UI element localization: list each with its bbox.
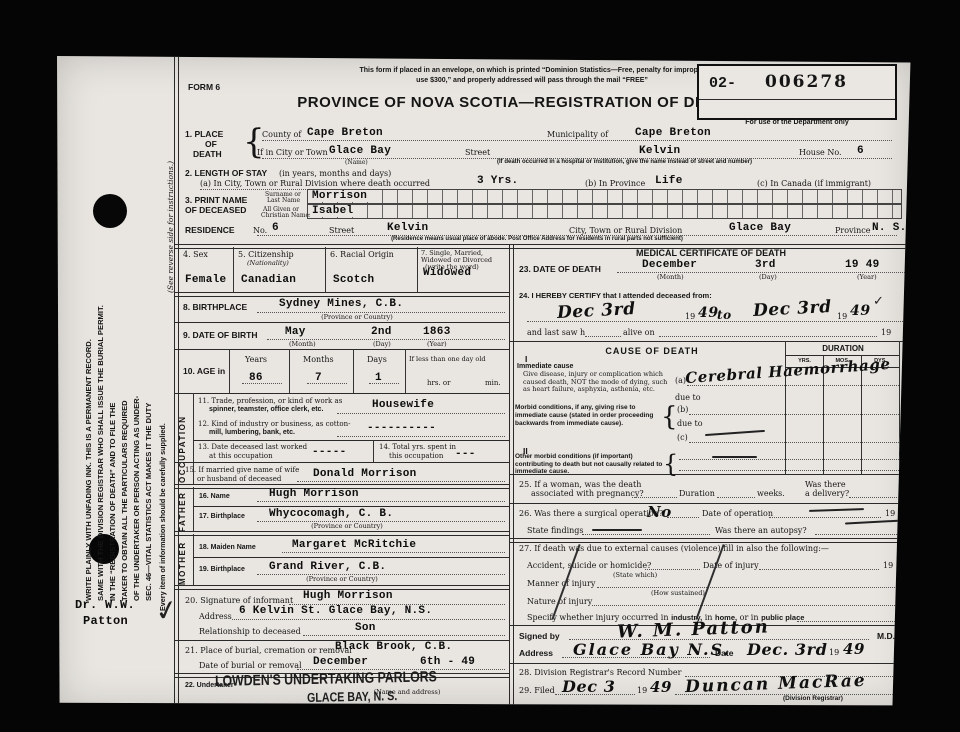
s26-autopsy-label: Was there an autopsy? <box>715 526 807 535</box>
rule <box>174 322 509 323</box>
s12-label-2: mill, lumbering, bank, etc. <box>209 429 295 436</box>
signed-date-label: Date <box>715 648 733 658</box>
medical-certificate-title: MEDICAL CERTIFICATE OF DEATH <box>513 248 909 258</box>
residence-label: RESIDENCE <box>185 225 235 235</box>
s2-b-value: Life <box>655 175 683 187</box>
dotted-line <box>242 382 282 384</box>
rule <box>509 341 913 342</box>
morbid-brace: { <box>661 402 678 432</box>
s24-checkmark: ✓ <box>873 294 884 309</box>
house-no-label: House No. <box>799 148 842 157</box>
cell-divider <box>325 247 326 293</box>
s26-label: 26. Was there a surgical operation? <box>519 509 663 518</box>
duration-header: DURATION <box>787 344 899 353</box>
attended-to-date-handwritten: Dec 3rd <box>753 297 833 321</box>
margin-doctor-name-line1: Dr. W.W. <box>75 598 135 612</box>
s28-label: 28. Division Registrar's Record Number <box>519 668 681 677</box>
residence-street-label: Street <box>329 226 354 235</box>
s13-label-2: at this occupation <box>209 452 273 460</box>
industry-value: ---------- <box>367 422 436 434</box>
s19-label: 19. Birthplace <box>199 566 245 573</box>
s25-weeks-label: weeks. <box>757 489 785 498</box>
death-month-value: December <box>642 259 697 271</box>
residence-note: (Residence means usual place of abode. P… <box>257 236 817 242</box>
s21-label: 21. Place of burial, cremation or remova… <box>185 646 352 655</box>
s27-sustained-label: (How sustained) <box>651 589 705 597</box>
dotted-line <box>815 533 905 535</box>
s25-label-2: associated with pregnancy? <box>531 489 644 498</box>
signed-address-label: Address <box>519 648 553 658</box>
signed-date-handwritten: Dec. 3rd <box>747 640 828 659</box>
other-morbid-desc: Other morbid conditions (if important) c… <box>515 453 667 476</box>
dotted-line <box>597 586 905 588</box>
handwritten-slash <box>695 544 724 620</box>
dotted-line <box>232 618 505 620</box>
dotted-line <box>262 139 892 141</box>
burial-place-value: Black Brook, C.B. <box>335 641 452 653</box>
dotted-line <box>849 496 905 498</box>
spouse-value: Donald Morrison <box>313 468 417 480</box>
age-months-header: Months <box>303 355 334 364</box>
s3-label-1: 3. PRINT NAME <box>185 195 247 205</box>
given-sublabel-2: Christian Names <box>261 212 312 219</box>
s11-label-1: 11. Trade, profession, or kind of work a… <box>198 397 342 405</box>
rule <box>509 503 913 504</box>
s26-year-printed: 19 <box>885 509 895 518</box>
death-year-value: 19 49 <box>845 259 880 271</box>
residence-street-value: Kelvin <box>387 222 428 234</box>
filed-year-handwritten: 49 <box>650 678 672 696</box>
s24-from-year-printed: 19 <box>685 312 695 321</box>
s9-year-sublabel: (Year) <box>427 340 447 348</box>
attended-from-year-handwritten: 49 <box>698 305 719 321</box>
cause-b-label: (b) <box>677 405 688 414</box>
dotted-line <box>257 500 505 502</box>
s26-date-label: Date of operation <box>702 509 773 518</box>
given-name-letter-grid <box>307 204 902 219</box>
age-less-header: If less than one day old <box>409 355 486 363</box>
residence-no-label: No. <box>253 226 267 235</box>
s25-label-1: 25. If a woman, was the death <box>519 480 641 489</box>
municipality-label: Municipality of <box>547 130 608 139</box>
signed-year-handwritten: 49 <box>843 640 865 658</box>
cell-divider <box>353 349 354 393</box>
marital-status-value: Widowed <box>423 267 471 279</box>
s3-label-2: OF DECEASED <box>185 205 246 215</box>
residence-division-label: City, Town or Rural Division <box>569 226 682 235</box>
dotted-line <box>679 469 899 471</box>
city-value: Glace Bay <box>329 145 391 157</box>
form-number: FORM 6 <box>188 82 220 92</box>
s23-month-sublabel: (Month) <box>657 273 684 281</box>
registration-number-box: 02- 006278 <box>697 64 897 120</box>
rule <box>174 393 509 394</box>
municipality-value: Cape Breton <box>635 127 711 139</box>
dotted-line <box>282 551 505 553</box>
s24-year-printed: 19 <box>881 328 891 337</box>
burial-date-month: December <box>313 656 368 668</box>
dotted-line <box>759 568 879 570</box>
s1-label-2: OF <box>205 139 217 149</box>
undertaker-stamp-line1: LOWDEN'S UNDERTAKING PARLORS <box>215 668 437 690</box>
total-years-value: --- <box>455 448 476 460</box>
handwritten-dash <box>705 430 765 436</box>
mother-maiden-name-value: Margaret McRitchie <box>292 539 416 551</box>
s13-label-1: 13. Date deceased last worked <box>198 443 307 451</box>
s23-label: 23. DATE OF DEATH <box>519 264 601 274</box>
birthplace-value: Sydney Mines, C.B. <box>279 298 403 310</box>
dotted-line <box>592 604 905 606</box>
s2-c-label: (c) In Canada (if immigrant) <box>757 179 871 188</box>
s2-a-value: 3 Yrs. <box>477 175 518 187</box>
s20-address-label: Address <box>199 612 232 621</box>
s6-label: 6. Racial Origin <box>330 250 394 259</box>
cell-divider <box>193 487 194 532</box>
s29-sublabel: (Division Registrar) <box>783 695 843 702</box>
surname-value: Morrison <box>310 190 369 202</box>
s29-year-printed: 19 <box>637 686 647 695</box>
dotted-line <box>689 413 899 415</box>
s24-alive-on-label: alive on <box>623 328 655 337</box>
s11-label-2: spinner, teamster, office clerk, etc. <box>209 406 323 413</box>
registration-number: 006278 <box>765 72 848 92</box>
cause-c-label: (c) <box>677 433 688 442</box>
county-value: Cape Breton <box>307 127 383 139</box>
certificate-paper: SEC. 46—VITAL STATISTICS ACT MAKES IT TH… <box>57 56 913 708</box>
s5-label: 5. Citizenship <box>238 250 294 259</box>
dotted-line <box>303 634 505 636</box>
dotted-line <box>582 533 710 535</box>
rule <box>699 99 895 100</box>
age-years-header: Years <box>245 355 267 364</box>
cell-divider <box>229 349 230 393</box>
statute-line: SAME WITH THE DIVISION REGISTRAR WHO SHA… <box>95 256 107 601</box>
duration-box-border <box>899 341 900 474</box>
s1-label-1: 1. PLACE <box>185 129 223 139</box>
cell-divider <box>289 349 290 393</box>
s19-sublabel: (Province or Country) <box>282 575 402 583</box>
signed-year-printed: 19 <box>829 648 839 657</box>
dotted-line <box>717 496 755 498</box>
s20-relationship-label: Relationship to deceased <box>199 627 301 636</box>
residence-province-value: N. S. <box>872 222 907 234</box>
undertaker-stamp-line2: GLACE BAY, N. S. <box>307 688 397 705</box>
dotted-line <box>679 458 899 460</box>
birth-year-value: 1863 <box>423 326 451 338</box>
statute-line: IN THE “REGISTRATION OF DEATH” AND TO FI… <box>107 256 119 601</box>
rule <box>193 557 509 558</box>
s25-delivery-label-1: Was there <box>805 480 846 489</box>
cell-divider <box>233 247 234 293</box>
death-day-value: 3rd <box>755 259 776 271</box>
s9-month-sublabel: (Month) <box>289 340 316 348</box>
margin-supply-note: Every item of information should be care… <box>158 281 167 611</box>
statute-line: WRITE PLAINLY WITH UNFADING INK. THIS IS… <box>83 256 95 601</box>
dotted-line <box>307 382 347 384</box>
s4-label: 4. Sex <box>183 250 208 259</box>
s18-label: 18. Maiden Name <box>199 544 256 551</box>
s8-label: 8. BIRTHPLACE <box>183 302 247 312</box>
s25-duration-label: Duration <box>679 489 715 498</box>
city-name-note: (Name) <box>345 159 368 166</box>
cause-due-to-2: due to <box>677 419 703 428</box>
informant-address-value: 6 Kelvin St. Glace Bay, N.S. <box>239 605 432 617</box>
filed-date-handwritten: Dec 3 <box>562 677 616 696</box>
s27-injury-date-label: Date of injury <box>703 561 759 570</box>
dotted-line <box>337 412 505 414</box>
mother-vertical-label: MOTHER <box>178 537 187 585</box>
hospital-note: (If death occurred in a hospital or inst… <box>497 159 752 165</box>
dept-only-caption: For use of the Department only <box>697 119 897 126</box>
s21-date-label: Date of burial or removal <box>199 661 302 670</box>
dotted-line <box>632 496 677 498</box>
s9-day-sublabel: (Day) <box>373 340 391 348</box>
s23-day-sublabel: (Day) <box>759 273 777 281</box>
statute-line: OF THE UNDERTAKER OR PERSON ACTING AS UN… <box>131 256 143 601</box>
attended-from-date-handwritten: Dec 3rd <box>557 299 637 323</box>
dotted-line <box>337 435 505 437</box>
s24-certify-label: 24. I HEREBY CERTIFY that I attended dec… <box>519 291 712 300</box>
s1-label-3: DEATH <box>193 149 222 159</box>
rule <box>174 531 509 536</box>
dotted-line <box>297 480 505 482</box>
street-value: Kelvin <box>639 145 680 157</box>
margin-statute-text: SEC. 46—VITAL STATISTICS ACT MAKES IT TH… <box>83 256 155 601</box>
signed-by-label: Signed by <box>519 631 560 641</box>
s14-label-1: 14. Total yrs. spent in <box>379 443 456 451</box>
s17-sublabel: (Province or Country) <box>287 522 407 530</box>
dotted-line <box>585 335 621 337</box>
margin-divider <box>174 56 179 708</box>
s2-a-label: (a) In City, Town or Rural Division wher… <box>200 179 430 188</box>
handwritten-dash <box>809 508 864 512</box>
dotted-line <box>369 382 399 384</box>
cause-of-death-header: CAUSE OF DEATH <box>527 346 777 356</box>
s9-label: 9. DATE OF BIRTH <box>183 330 257 340</box>
dotted-line <box>797 620 905 622</box>
dotted-line <box>689 441 899 443</box>
father-name-value: Hugh Morrison <box>269 488 359 500</box>
surname-sublabel-2: Last Name <box>267 197 300 204</box>
md-label: M.D. <box>877 631 895 641</box>
street-label: Street <box>465 148 490 157</box>
mother-birthplace-value: Grand River, C.B. <box>269 561 386 573</box>
s29-label: 29. Filed <box>519 686 555 695</box>
column-divider <box>509 244 514 708</box>
immediate-cause-desc: Give disease, injury or complication whi… <box>523 371 671 394</box>
cell-divider <box>193 534 194 586</box>
morbid-conditions-desc: Morbid conditions, if any, giving rise t… <box>515 404 665 428</box>
attended-to-word-handwritten: to <box>717 308 732 322</box>
immediate-cause-label: Immediate cause <box>517 363 573 370</box>
statute-line: TAKER TO OBTAIN ALL THE PARTICULARS REQU… <box>119 256 131 601</box>
cell-divider <box>373 440 374 462</box>
s17-label: 17. Birthplace <box>199 513 245 520</box>
cell-divider <box>405 349 406 393</box>
dotted-line <box>667 516 699 518</box>
age-hrs-label: hrs. or <box>427 379 450 387</box>
s5-sublabel: (Nationality) <box>247 259 289 267</box>
statute-line: SEC. 46—VITAL STATISTICS ACT MAKES IT TH… <box>143 256 155 601</box>
rule <box>509 538 913 543</box>
city-label: If in City or Town <box>257 148 328 157</box>
relationship-value: Son <box>355 622 376 634</box>
s27-label: 27. If death was due to external causes … <box>519 544 829 553</box>
rule <box>193 506 509 507</box>
rule <box>509 663 913 664</box>
s8-sublabel: (Province or Country) <box>297 313 417 321</box>
county-label: County of <box>262 130 301 139</box>
last-worked-value: ----- <box>312 446 347 458</box>
handwritten-dash <box>712 456 757 458</box>
age-days-header: Days <box>367 355 387 364</box>
surgical-operation-value-handwritten: No <box>647 503 672 521</box>
s24-last-saw-label: and last saw h <box>527 328 585 337</box>
cell-divider <box>417 247 418 293</box>
s25-delivery-label-2: a delivery? <box>805 489 849 498</box>
sex-value: Female <box>185 274 226 286</box>
s27-year-printed: 19 <box>883 561 893 570</box>
handwritten-dash <box>592 529 642 531</box>
given-name-value: Isabel <box>310 205 355 217</box>
s2-heading-note: (in years, months and days) <box>279 169 391 178</box>
s12-label-1: 12. Kind of industry or business, as cot… <box>198 420 350 428</box>
s2-b-label: (b) In Province <box>585 179 645 188</box>
racial-origin-value: Scotch <box>333 274 374 286</box>
dotted-line <box>769 516 881 518</box>
punch-hole <box>93 194 127 228</box>
attended-to-year-handwritten: 49 <box>850 303 871 319</box>
rule <box>174 462 509 463</box>
other-brace: { <box>663 450 678 478</box>
s27-accident-label: Accident, suicide or homicide? <box>527 561 651 570</box>
s2-heading: 2. LENGTH OF STAY <box>185 168 267 178</box>
scanned-death-certificate: SEC. 46—VITAL STATISTICS ACT MAKES IT TH… <box>0 0 960 732</box>
s20-label: 20. Signature of informant <box>185 596 293 605</box>
rule <box>174 349 509 350</box>
s14-label-2: this occupation <box>389 452 443 460</box>
cause-due-to-1: due to <box>675 393 701 402</box>
residence-no-value: 6 <box>272 222 279 234</box>
birth-month-value: May <box>285 326 306 338</box>
rule <box>193 440 509 441</box>
burial-date-day: 6th - 49 <box>420 656 475 668</box>
birth-day-value: 2nd <box>371 326 392 338</box>
s24-to-year-printed: 19 <box>837 312 847 321</box>
handwritten-dash <box>845 519 903 524</box>
s15-label-2: or husband of deceased <box>197 475 281 483</box>
s27-state-which: (State which) <box>613 571 657 579</box>
margin-doctor-name-line2: Patton <box>83 614 128 628</box>
s23-year-sublabel: (Year) <box>857 273 877 281</box>
physician-address-handwritten: Glace Bay N.S. <box>573 640 731 659</box>
father-vertical-label: FATHER <box>178 488 187 532</box>
citizenship-value: Canadian <box>241 274 296 286</box>
s26-findings-label: State findings <box>527 526 584 535</box>
s15-label-1: 15. If married give name of wife <box>185 466 299 474</box>
informant-signature-value: Hugh Morrison <box>303 590 393 602</box>
s27-manner-label: Manner of injury <box>527 579 595 588</box>
s10-label: 10. AGE in <box>183 366 225 376</box>
house-no-value: 6 <box>857 145 864 157</box>
residence-province-label: Province <box>835 226 870 235</box>
surname-letter-grid <box>307 189 902 204</box>
s16-label: 16. Name <box>199 493 230 500</box>
registration-prefix: 02- <box>709 75 736 92</box>
occupation-value: Housewife <box>372 399 434 411</box>
rule <box>174 292 509 297</box>
dotted-line <box>659 335 877 337</box>
age-min-label: min. <box>485 379 501 387</box>
residence-division-value: Glace Bay <box>729 222 791 234</box>
dotted-line <box>645 568 700 570</box>
father-birthplace-value: Whycocomagh, C. B. <box>269 508 393 520</box>
